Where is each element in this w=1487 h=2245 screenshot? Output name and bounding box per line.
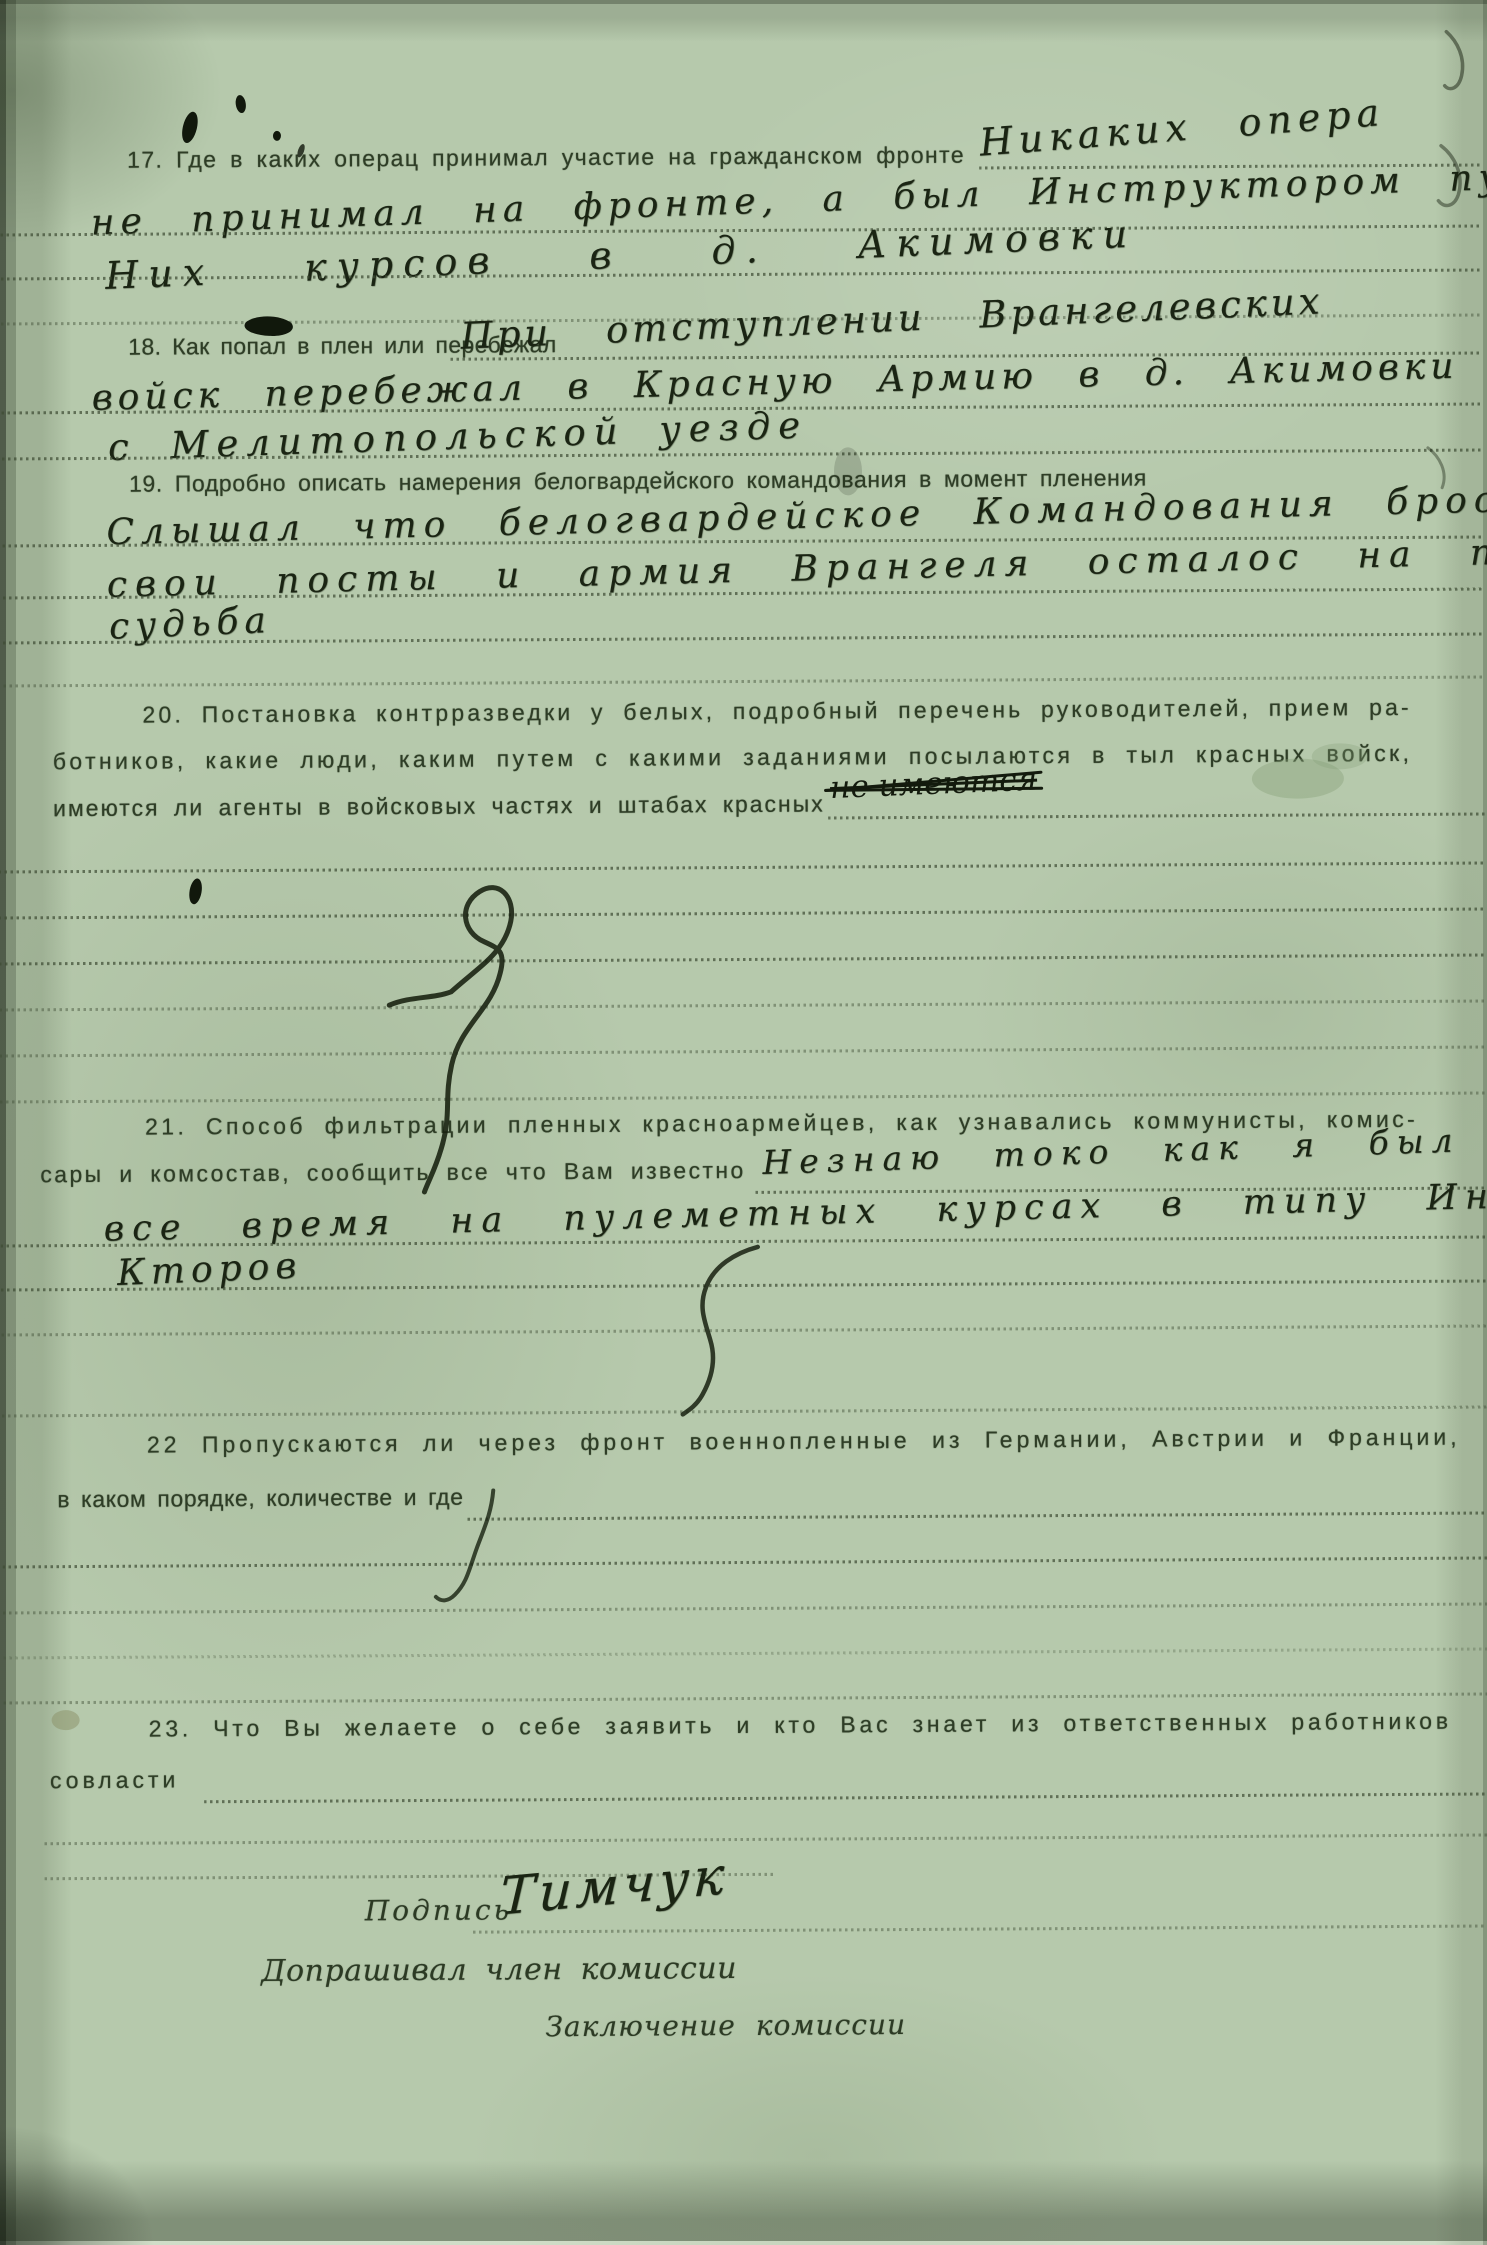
dotted-rule <box>2 1405 1487 1417</box>
dotted-rule <box>0 999 1486 1011</box>
stain-paper <box>52 1710 80 1730</box>
question-18-answer-inline: При отступлении Врангелевских <box>460 279 1325 357</box>
dotted-rule <box>0 907 1486 919</box>
ink-blob <box>273 131 281 141</box>
pen-flourish-large-s <box>389 887 514 1192</box>
question-22-printed-line: в каком порядке, количестве и где <box>57 1484 463 1513</box>
dotted-rule <box>0 953 1486 965</box>
conclusion-line: Заключение комиссии <box>545 2008 906 2043</box>
question-17-answer-inline: Никаких опера <box>978 90 1387 165</box>
dotted-rule <box>0 1091 1487 1103</box>
question-20-printed-line: 20. Постановка контрразведки у белых, по… <box>142 694 1412 729</box>
question-20-struck-answer: не имеются <box>829 762 1038 806</box>
dotted-rule <box>3 1602 1487 1614</box>
dotted-rule <box>473 1924 1487 1933</box>
dotted-rule <box>0 861 1485 873</box>
ink-blob <box>235 94 248 113</box>
dotted-rule <box>4 1692 1487 1704</box>
dotted-rule <box>44 1833 1487 1845</box>
dotted-rule <box>3 1647 1487 1659</box>
dotted-rule <box>204 1792 1487 1803</box>
document-page: 17. Где в каких операц принимал участие … <box>0 0 1487 2245</box>
signature-handwriting: Тимчук <box>499 1846 730 1928</box>
dotted-rule <box>3 1556 1487 1568</box>
dotted-rule <box>828 812 1485 819</box>
dotted-rule <box>0 1045 1487 1057</box>
dotted-rule <box>1 1324 1487 1336</box>
question-23-printed-line: 23. Что Вы желаете о себе заявить и кто … <box>149 1708 1452 1743</box>
dotted-rule <box>467 1511 1487 1520</box>
ink-blob <box>179 110 200 144</box>
edge-mark-top-right-1 <box>1444 32 1462 89</box>
question-22-printed-line: 22 Пропускаются ли через фронт военнопле… <box>147 1424 1461 1459</box>
interrogator-line: Допрашивал член комиссии <box>261 1951 737 1989</box>
question-23-printed-line: совласти <box>50 1766 180 1794</box>
question-17-printed-line: 17. Где в каких операц принимал участие … <box>127 142 965 174</box>
question-21-printed-line: сары и комсостав, сообщить все что Вам и… <box>40 1157 746 1188</box>
question-20-printed-line: ботников, какие люди, каким путем с каки… <box>53 740 1413 775</box>
scanned-content: 17. Где в каких операц принимал участие … <box>0 0 1487 2245</box>
dotted-rule <box>0 675 1484 687</box>
question-20-printed-line: имеются ли агенты в войсковых частях и ш… <box>53 790 825 822</box>
ink-blob <box>187 878 203 906</box>
signature-label: Подпись <box>365 1893 512 1927</box>
